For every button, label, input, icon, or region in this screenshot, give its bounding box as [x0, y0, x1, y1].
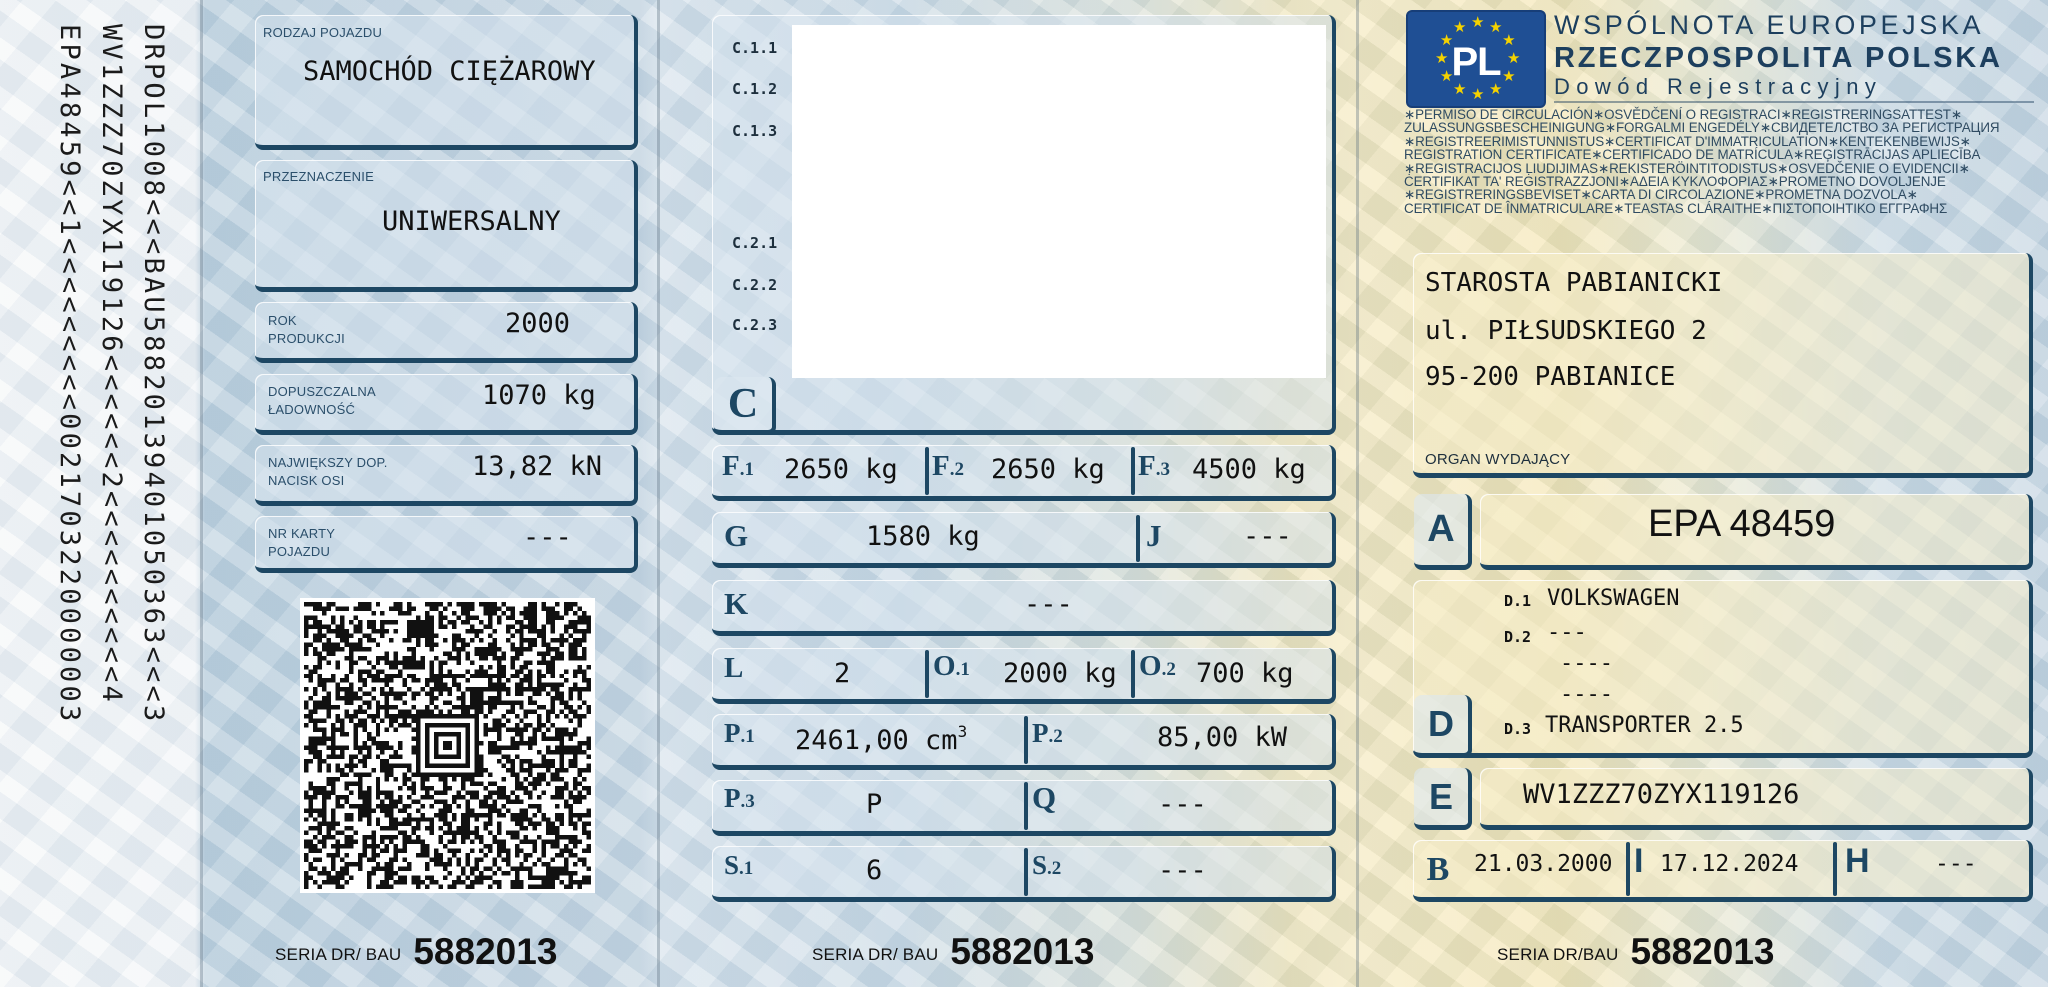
series-label: SERIA DR/ BAU — [812, 945, 938, 964]
label-c12: C.1.2 — [732, 80, 777, 98]
value-h: --- — [1935, 851, 1977, 877]
divider — [1136, 515, 1140, 562]
code-l: L — [724, 652, 743, 685]
value-s2: --- — [1158, 855, 1207, 886]
card-number-label-1: NR KARTY — [268, 525, 335, 542]
star-icon: ★ — [1440, 69, 1453, 84]
star-icon: ★ — [1453, 82, 1466, 97]
value-d1: VOLKSWAGEN — [1547, 586, 1679, 611]
code-i: I — [1634, 842, 1643, 881]
value-o2: 700 kg — [1196, 658, 1294, 689]
multilingual-line: ĊERTIFIKAT TA' REĠISTRAZZJONI∗ΑΔΕΙΑ ΚΥΚΛ… — [1404, 175, 2034, 188]
fold-line — [200, 0, 203, 987]
fold-line — [657, 0, 660, 987]
header-line-1: WSPÓLNOTA EUROPEJSKA — [1554, 10, 1984, 41]
code-s2: S.2 — [1032, 850, 1061, 881]
value-s1: 6 — [866, 855, 882, 886]
vehicle-type-value: SAMOCHÓD CIĘŻAROWY — [303, 56, 596, 87]
first-registration-date: 21.03.2000 — [1474, 851, 1612, 877]
header-line-2: RZECZPOSPOLITA POLSKA — [1554, 42, 2003, 75]
value-q: --- — [1158, 789, 1207, 820]
vehicle-type-label: RODZAJ POJAZDU — [263, 24, 382, 41]
registration-date: 17.12.2024 — [1660, 851, 1798, 877]
value-d3: TRANSPORTER 2.5 — [1545, 713, 1744, 738]
divider — [925, 650, 929, 698]
value-f3: 4500 kg — [1192, 454, 1306, 485]
value-k: --- — [1024, 589, 1073, 620]
divider — [1024, 782, 1028, 830]
axle-load-label-2: NACISK OSI — [268, 472, 344, 489]
series-right: SERIA DR/BAU5882013 — [1497, 927, 1774, 969]
divider — [1024, 716, 1028, 764]
code-d: D — [1414, 695, 1472, 758]
label-c13: C.1.3 — [732, 122, 777, 140]
production-year-label-1: ROK — [268, 312, 297, 329]
star-icon: ★ — [1502, 33, 1515, 48]
code-e: E — [1414, 768, 1472, 830]
payload-label-1: DOPUSZCZALNA — [268, 383, 376, 400]
issuer-label: ORGAN WYDAJĄCY — [1425, 451, 1570, 468]
axle-load-label-1: NAJWIĘKSZY DOP. — [268, 454, 388, 471]
divider — [1833, 842, 1837, 896]
code-f1: F.1 — [722, 450, 754, 483]
document-title: Dowód Rejestracyjny — [1554, 74, 1882, 100]
series-number: 5882013 — [1630, 931, 1774, 972]
series-middle: SERIA DR/ BAU5882013 — [812, 927, 1094, 969]
star-icon: ★ — [1435, 51, 1448, 66]
code-q: Q — [1032, 780, 1056, 816]
multilingual-line: REGISTRATION CERTIFICATE∗CERTIFICADO DE … — [1404, 148, 2034, 161]
divider — [1131, 650, 1135, 698]
divider — [925, 447, 929, 495]
label-c23: C.2.3 — [732, 316, 777, 334]
value-f2: 2650 kg — [991, 454, 1105, 485]
series-left: SERIA DR/ BAU5882013 — [275, 927, 557, 969]
vin-value: WV1ZZZ70ZYX119126 — [1523, 779, 1799, 810]
fold-line — [1356, 0, 1359, 987]
purpose-value: UNIWERSALNY — [382, 206, 561, 237]
code-j: J — [1146, 518, 1162, 554]
value-l: 2 — [834, 658, 850, 689]
value-p3: P — [866, 789, 882, 820]
label-c22: C.2.2 — [732, 276, 777, 294]
production-year-value: 2000 — [505, 308, 570, 339]
multilingual-line: ∗REGISTRACIJOS LIUDIJIMAS∗REKISTERÖINTIT… — [1404, 162, 2034, 175]
qr-code — [300, 598, 595, 893]
code-c: C — [714, 377, 776, 435]
value-p2: 85,00 kW — [1157, 722, 1287, 753]
code-o1: O.1 — [933, 650, 970, 683]
divider — [1626, 842, 1630, 896]
purpose-label: PRZEZNACZENIE — [263, 168, 374, 185]
star-icon: ★ — [1507, 51, 1520, 66]
redacted-area — [792, 25, 1326, 378]
value-j: --- — [1243, 521, 1292, 552]
country-code: PL — [1408, 40, 1544, 85]
star-icon: ★ — [1489, 20, 1502, 35]
payload-label-2: ŁADOWNOŚĆ — [268, 401, 355, 418]
divider — [1024, 848, 1028, 896]
series-number: 5882013 — [413, 931, 557, 972]
code-h: H — [1845, 842, 1870, 881]
code-g: G — [724, 518, 748, 554]
value-f1: 2650 kg — [784, 454, 898, 485]
code-k: K — [724, 586, 748, 622]
code-f3: F.3 — [1138, 450, 1170, 483]
mrz-line-1: DRPOL1008<<<BAU58820139401050363<<<3 — [140, 24, 167, 724]
eu-flag-icon: PL ★★★★★★★★★★★★ — [1406, 10, 1546, 108]
series-label: SERIA DR/BAU — [1497, 945, 1618, 964]
value-g: 1580 kg — [866, 521, 980, 552]
divider — [1131, 447, 1135, 495]
value-o1: 2000 kg — [1003, 658, 1117, 689]
value-d2-line-3: ---- — [1560, 682, 1613, 707]
production-year-label-2: PRODUKCJI — [268, 330, 345, 347]
label-d3: D.3 — [1504, 720, 1531, 738]
star-icon: ★ — [1471, 87, 1484, 102]
code-o2: O.2 — [1139, 650, 1176, 683]
qr-code-icon — [304, 602, 591, 889]
multilingual-line: CERTIFICAT DE ÎNMATRICULARE∗TEASTAS CLÁR… — [1404, 202, 2034, 215]
label-c11: C.1.1 — [732, 39, 777, 57]
star-icon: ★ — [1471, 15, 1484, 30]
label-d1: D.1 — [1504, 592, 1531, 610]
star-icon: ★ — [1489, 82, 1502, 97]
code-p3: P.3 — [724, 783, 755, 814]
payload-value: 1070 kg — [482, 380, 596, 411]
multilingual-line: ∗REGISTREERIMISTUNNISTUS∗CERTIFICAT D'IM… — [1404, 135, 2034, 148]
header-divider — [1554, 101, 2034, 103]
code-p2: P.2 — [1032, 718, 1063, 749]
multilingual-line: ∗PERMISO DE CIRCULACIÓN∗OSVĚDČENÍ O REGI… — [1404, 108, 2034, 121]
code-f2: F.2 — [932, 450, 964, 483]
value-p1: 2461,00 cm3 — [795, 722, 967, 756]
star-icon: ★ — [1440, 33, 1453, 48]
value-d2-line-2: ---- — [1560, 651, 1613, 676]
multilingual-line: ∗REGISTRERINGSBEVISET∗CARTA DI CIRCOLAZI… — [1404, 188, 2034, 201]
card-number-label-2: POJAZDU — [268, 543, 330, 560]
issuer-line-1: STAROSTA PABIANICKI — [1425, 268, 1722, 298]
code-b: B — [1418, 843, 1458, 897]
star-icon: ★ — [1502, 69, 1515, 84]
multilingual-titles: ∗PERMISO DE CIRCULACIÓN∗OSVĚDČENÍ O REGI… — [1404, 108, 2034, 215]
series-label: SERIA DR/ BAU — [275, 945, 401, 964]
card-number-value: --- — [523, 522, 572, 553]
series-number: 5882013 — [950, 931, 1094, 972]
code-s1: S.1 — [724, 850, 753, 881]
label-c21: C.2.1 — [732, 234, 777, 252]
issuer-line-3: 95-200 PABIANICE — [1425, 362, 1675, 392]
code-p1: P.1 — [724, 718, 755, 749]
multilingual-line: ZULASSUNGSBESCHEINIGUNG∗FORGALMI ENGEDÉL… — [1404, 121, 2034, 134]
mrz-line-3: EPA48459<<1<<<<<<<<<0021703220000003 — [56, 24, 83, 724]
mrz-line-2: WV1ZZZ70ZYX119126<<<<<<2<<<<<<<<<<4 — [98, 24, 125, 705]
issuer-line-2: ul. PIŁSUDSKIEGO 2 — [1425, 316, 1707, 346]
code-a: A — [1414, 494, 1472, 570]
axle-load-value: 13,82 kN — [472, 451, 602, 482]
label-d2: D.2 — [1504, 628, 1531, 646]
value-d2: --- — [1547, 620, 1587, 645]
star-icon: ★ — [1453, 20, 1466, 35]
registration-number: EPA 48459 — [1648, 503, 1835, 546]
